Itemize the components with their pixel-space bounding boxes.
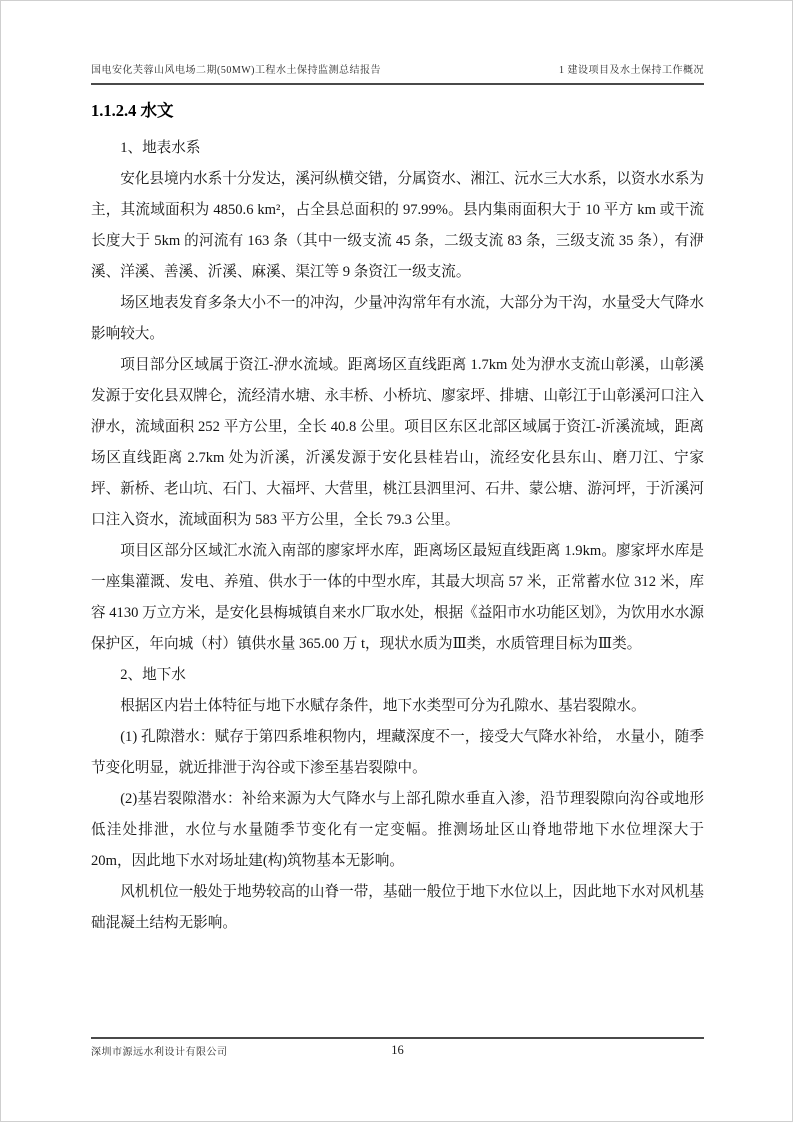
document-body: 1、地表水系 安化县境内水系十分发达，溪河纵横交错，分属资水、湘江、沅水三大水系… xyxy=(91,133,704,939)
para-groundwater-types: 根据区内岩土体特征与地下水赋存条件，地下水类型可分为孔隙水、基岩裂隙水。 xyxy=(91,691,704,722)
para-pore-phreatic-water: (1) 孔隙潜水：赋存于第四系堆积物内，埋藏深度不一，接受大气降水补给， 水量小… xyxy=(91,722,704,784)
para-bedrock-fissure-water: (2)基岩裂隙潜水：补给来源为大气降水与上部孔隙水垂直入渗，沿节理裂隙向沟谷或地… xyxy=(91,784,704,877)
section-title: 1.1.2.4 水文 xyxy=(91,100,704,122)
list-item-groundwater: 2、地下水 xyxy=(91,660,704,691)
page-header: 国电安化芙蓉山风电场二期(50MW)工程水土保持监测总结报告 1 建设项目及水土… xyxy=(91,61,704,85)
para-turbine-foundation: 风机机位一般处于地势较高的山脊一带，基础一般位于地下水位以上，因此地下水对风机基… xyxy=(91,877,704,939)
footer-page-number: 16 xyxy=(91,1043,704,1058)
page-footer: 深圳市源远水利设计有限公司 16 xyxy=(91,1037,704,1058)
document-page: 国电安化芙蓉山风电场二期(50MW)工程水土保持监测总结报告 1 建设项目及水土… xyxy=(0,0,793,1122)
para-site-gullies: 场区地表发育多条大小不一的冲沟，少量冲沟常年有水流，大部分为干沟，水量受大气降水… xyxy=(91,288,704,350)
para-zijiang-yishui-basin: 项目部分区域属于资江-洢水流域。距离场区直线距离 1.7km 处为洢水支流山彰溪… xyxy=(91,350,704,536)
para-liaojiaping-reservoir: 项目区部分区域汇水流入南部的廖家坪水库，距离场区最短直线距离 1.9km。廖家坪… xyxy=(91,536,704,660)
header-chapter-title: 1 建设项目及水土保持工作概况 xyxy=(559,61,704,76)
list-item-surface-water: 1、地表水系 xyxy=(91,133,704,164)
para-anhua-river-system: 安化县境内水系十分发达，溪河纵横交错，分属资水、湘江、沅水三大水系，以资水水系为… xyxy=(91,164,704,288)
header-report-title: 国电安化芙蓉山风电场二期(50MW)工程水土保持监测总结报告 xyxy=(91,61,381,76)
